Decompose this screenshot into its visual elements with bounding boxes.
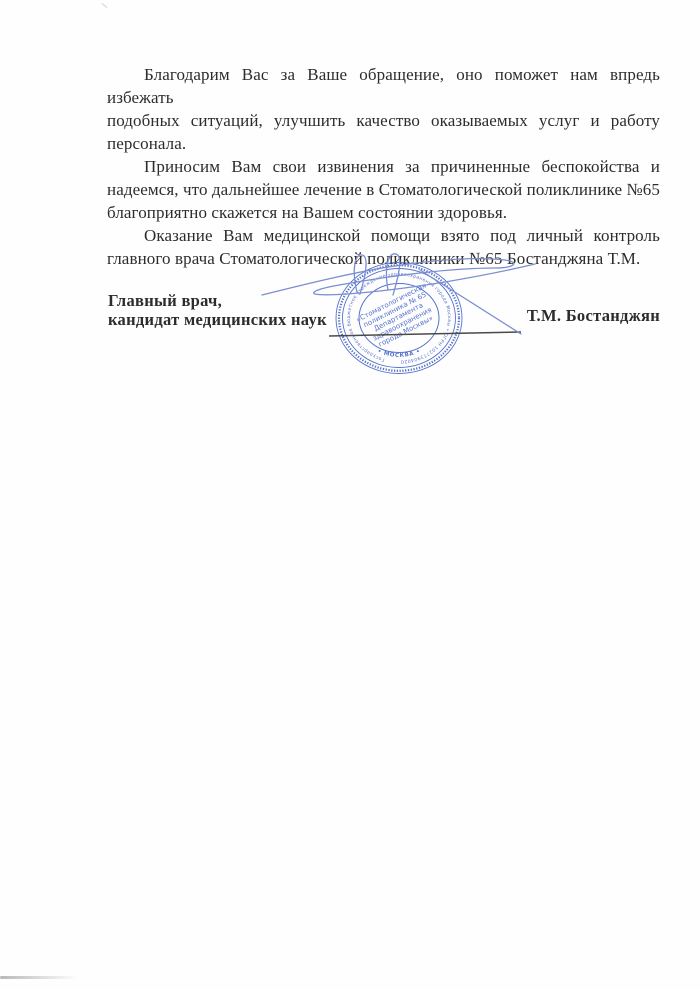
handwritten-signature <box>262 254 535 334</box>
signature-line <box>329 332 521 336</box>
scan-speck-artifact <box>101 3 107 8</box>
scan-edge-artifact <box>0 976 78 979</box>
document-page: Благодарим Вас за Ваше обращение, оно по… <box>0 0 700 989</box>
paragraph: Благодарим Вас за Ваше обращение, оно по… <box>107 63 660 155</box>
paragraph-line: благоприятно скажется на Вашем состоянии… <box>107 201 660 224</box>
paragraph: Приносим Вам свои извинения за причиненн… <box>107 155 660 224</box>
signature-overlay <box>225 245 555 345</box>
paragraph-line: Оказание Вам медицинской помощи взято по… <box>107 224 660 247</box>
paragraph-line: персонала. <box>107 132 660 155</box>
paragraph-line: подобных ситуаций, улучшить качество ока… <box>107 109 660 132</box>
letter-body: Благодарим Вас за Ваше обращение, оно по… <box>107 63 660 270</box>
paragraph-line: Благодарим Вас за Ваше обращение, оно по… <box>107 63 660 109</box>
paragraph-line: Приносим Вам свои извинения за причиненн… <box>107 155 660 178</box>
paragraph-line: надеемся, что дальнейшее лечение в Стома… <box>107 178 660 201</box>
